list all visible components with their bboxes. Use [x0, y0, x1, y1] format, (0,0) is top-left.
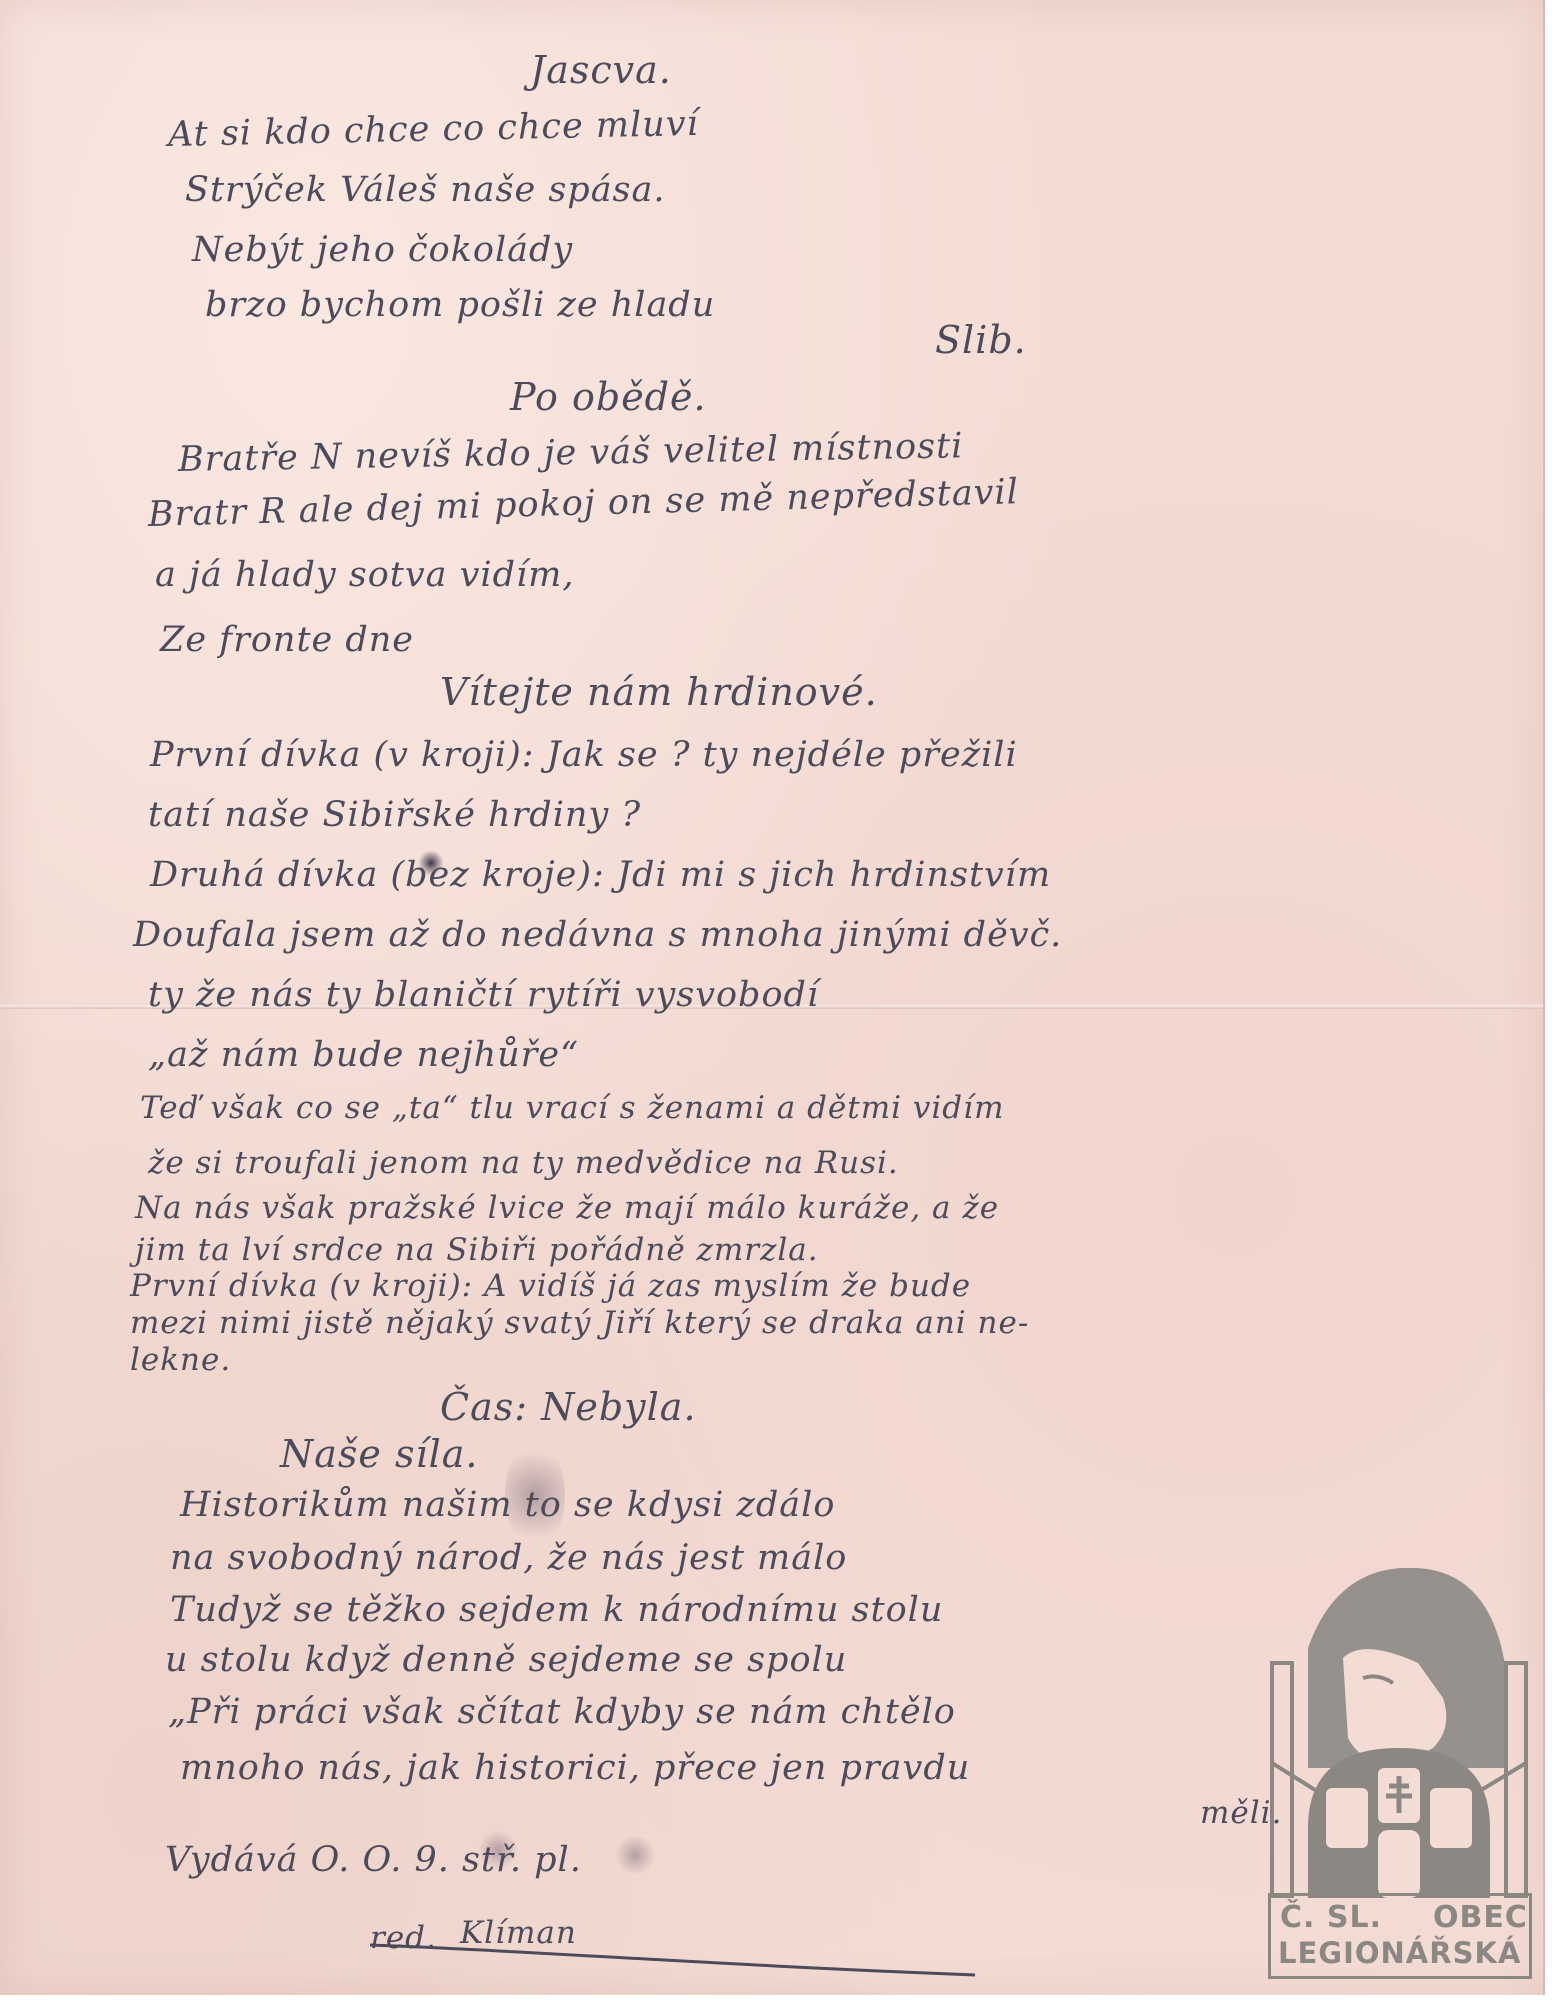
logo-text-obec: OBEC [1433, 1900, 1528, 1935]
text-line: lekne. [130, 1342, 231, 1378]
heading-slib: Slib. [935, 318, 1027, 362]
text-line: Na nás však pražské lvice že mají málo k… [135, 1190, 999, 1226]
text-line: u stolu když denně sejdeme se spolu [165, 1640, 847, 1680]
heading-vitejte: Vítejte nám hrdinové. [440, 670, 878, 714]
text-line: mnoho nás, jak historici, přece jen prav… [180, 1748, 970, 1788]
text-line: Teď však co se „ta“ tlu vrací s ženami a… [140, 1090, 1004, 1126]
text-line: Strýček Váleš naše spása. [185, 170, 666, 210]
ink-stain [615, 1835, 655, 1875]
text-line: „až nám bude nejhůře“ [148, 1035, 579, 1075]
text-line: brzo bychom pošli ze hladu [205, 285, 715, 325]
publisher-line: Vydává O. O. 9. stř. pl. [165, 1840, 582, 1880]
heading-ze-fronte-dne: Ze fronte dne [160, 620, 414, 660]
text-line: První dívka (v kroji): A vidíš já zas my… [130, 1268, 971, 1304]
text-line: Druhá dívka (bez kroje): Jdi mi s jich h… [150, 855, 1051, 895]
heading-nase-sila: Naše síla. [280, 1432, 479, 1476]
text-line: Historikům našim to se kdysi zdálo [180, 1485, 835, 1525]
heading-jascva: Jascva. [530, 48, 672, 92]
text-line: že si troufali jenom na ty medvědice na … [148, 1145, 899, 1181]
soldier-helmet-emblem-icon [1268, 1568, 1530, 1898]
logo-text-legionarska: LEGIONÁŘSKÁ [1278, 1936, 1521, 1970]
text-line: jim ta lví srdce na Sibiři pořádně zmrzl… [135, 1232, 819, 1268]
text-line: „Při práci však sčítat kdyby se nám chtě… [168, 1692, 956, 1732]
text-line: a já hlady sotva vidím, [155, 555, 574, 595]
logo-text-csl: Č. SL. [1280, 1900, 1382, 1935]
text-line: ty že nás ty blaničtí rytíři vysvobodí [148, 975, 819, 1015]
text-line: Tudyž se těžko sejdem k národnímu stolu [170, 1590, 943, 1630]
text-line: mezi nimi jistě nějaký svatý Jiří který … [130, 1305, 1029, 1341]
text-line: Nebýt jeho čokolády [192, 230, 573, 270]
heading-cas-nebyla: Čas: Nebyla. [440, 1385, 697, 1429]
text-line: Doufala jsem až do nedávna s mnoha jiným… [133, 915, 1062, 955]
text-line: na svobodný národ, že nás jest málo [170, 1538, 847, 1578]
legion-logo-watermark: Č. SL. OBEC LEGIONÁŘSKÁ [1268, 1568, 1530, 1978]
text-line: První dívka (v kroji): Jak se ? ty nejdé… [150, 735, 1018, 775]
text-line: tatí naše Sibiřské hrdiny ? [148, 795, 641, 835]
heading-po-obede: Po obědě. [510, 375, 707, 419]
signature-flourish [365, 1935, 985, 1980]
